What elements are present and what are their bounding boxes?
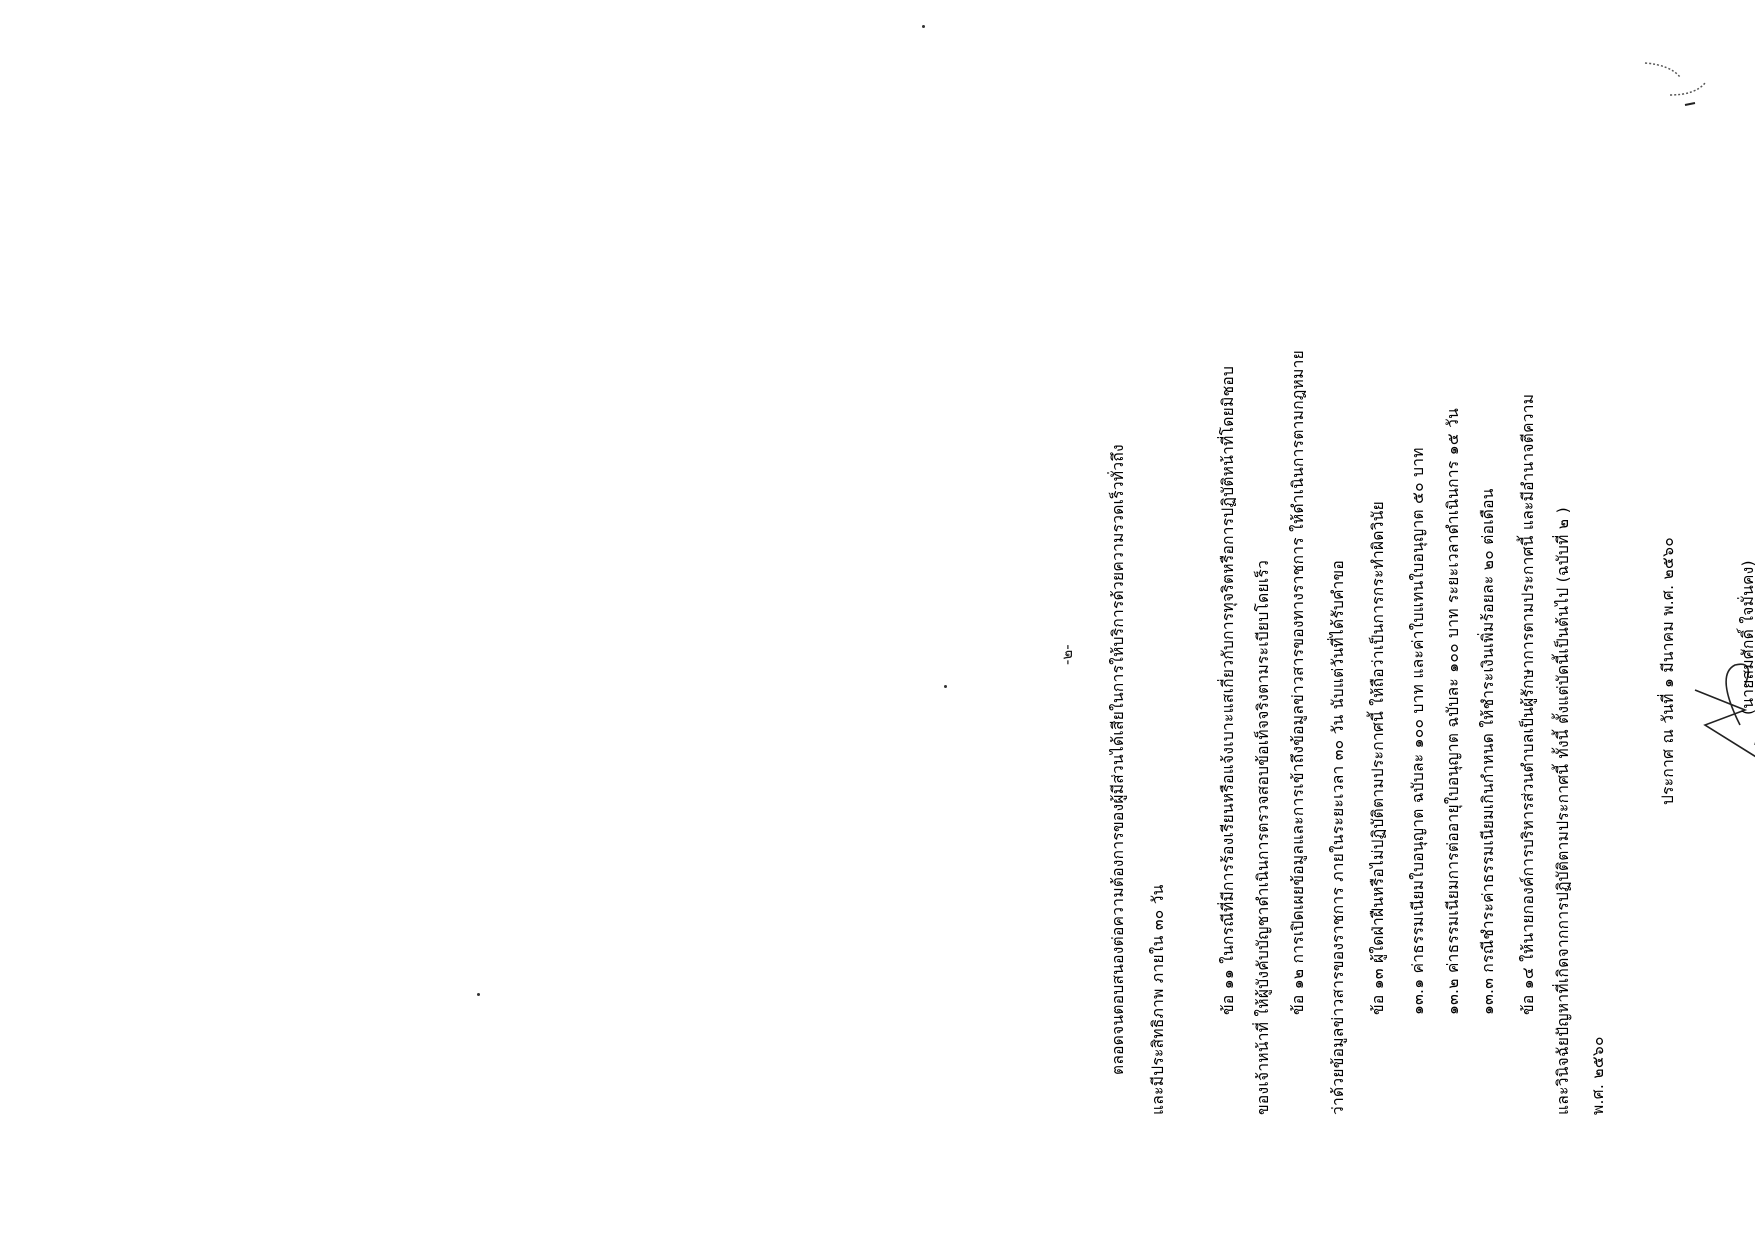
text-line: ข้อ ๑๔ ให้นายกองค์การบริหารส่วนตำบลเป็นผ… <box>1515 394 1540 1015</box>
page-number: -๒- <box>1055 644 1079 665</box>
text-line: ๑๓.๓ กรณีชำระค่าธรรมเนียมเกินกำหนด ให้ชำ… <box>1475 488 1500 1015</box>
signatory-name: (นายสมศักดิ์ ใจมั่นคง) <box>1735 560 1755 715</box>
date-line: ประกาศ ณ วันที่ ๑ มีนาคม พ.ศ. ๒๕๖๐ <box>1655 537 1680 805</box>
text-line: พ.ศ. ๒๕๖๐ <box>1585 1036 1610 1115</box>
document-page: -๒- ตลอดจนตอบสนองต่อความต้องการของผู้มีส… <box>1035 125 1755 1135</box>
scan-speck <box>922 25 925 28</box>
text-line: ข้อ ๑๒ การเปิดเผยข้อมูลและการเข้าถึงข้อม… <box>1285 350 1310 1015</box>
text-line: และวินิจฉัยปัญหาที่เกิดจากการปฏิบัติตามป… <box>1550 507 1575 1115</box>
text-line: ข้อ ๑๑ ในกรณีที่มีการร้องเรียนหรือแจ้งเบ… <box>1215 366 1240 1015</box>
scan-speck <box>477 993 480 996</box>
scan-speck <box>944 685 947 688</box>
scan-artifact-mark <box>1640 55 1720 115</box>
text-line: ของเจ้าหน้าที่ ให้ผู้บังคับบัญชาดำเนินกา… <box>1250 560 1275 1115</box>
text-line: ข้อ ๑๓ ผู้ใดฝ่าฝืนหรือไม่ปฏิบัติตามประกา… <box>1365 501 1390 1015</box>
text-line: ตลอดจนตอบสนองต่อความต้องการของผู้มีส่วนไ… <box>1105 444 1130 1075</box>
text-line: ๑๓.๑ ค่าธรรมเนียมใบอนุญาต ฉบับละ ๑๐๐ บาท… <box>1405 447 1430 1015</box>
text-line: และมีประสิทธิภาพ ภายใน ๓๐ วัน <box>1145 884 1170 1115</box>
text-line: ๑๓.๒ ค่าธรรมเนียมการต่ออายุใบอนุญาต ฉบับ… <box>1440 408 1465 1015</box>
text-line: ว่าด้วยข้อมูลข่าวสารของราชการ ภายในระยะเ… <box>1325 560 1350 1115</box>
